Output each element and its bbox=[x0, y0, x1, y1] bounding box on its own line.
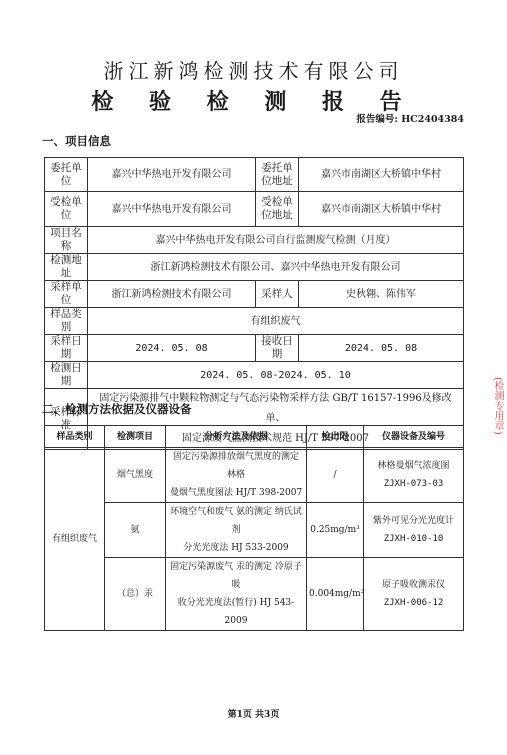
client-address-label: 委托单位地址 bbox=[256, 158, 299, 192]
method-line-1: 固定污染源废气 汞的测定 冷原子吸 bbox=[168, 558, 304, 594]
instrument-name: 紫外可见分光光度计 bbox=[366, 512, 461, 530]
instrument-name: 林格曼烟气浓度图 bbox=[366, 457, 461, 475]
method-line-2: 分光光度法 HJ 533-2009 bbox=[168, 539, 304, 557]
col-header-method: 分析方法及依据 bbox=[166, 426, 307, 448]
sampler-label: 采样人 bbox=[256, 281, 299, 308]
inspected-address-label: 受检单位地址 bbox=[256, 192, 299, 227]
project-name-label: 项目名称 bbox=[45, 227, 88, 254]
col-header-detection-limit: 检出限 bbox=[307, 426, 364, 448]
method-cell: 固定污染源废气 汞的测定 冷原子吸 收分光光度法(暂行) HJ 543-2009 bbox=[166, 558, 307, 631]
test-item: 氨 bbox=[105, 503, 166, 558]
receive-date-value: 2024. 05. 08 bbox=[299, 335, 464, 362]
table-row: 氨 环境空气和废气 氨的测定 纳氏试剂 分光光度法 HJ 533-2009 0.… bbox=[45, 503, 464, 558]
sample-type-label: 样品类别 bbox=[45, 308, 88, 335]
test-date-value: 2024. 05. 08-2024. 05. 10 bbox=[88, 362, 464, 389]
instrument-cell: 林格曼烟气浓度图 ZJXH-073-03 bbox=[364, 448, 464, 503]
section-methods-heading: 二、检测方法依据及仪器设备 bbox=[42, 401, 192, 417]
test-item: 烟气黑度 bbox=[105, 448, 166, 503]
method-line-2: 收分光光度法(暂行) HJ 543-2009 bbox=[168, 594, 304, 630]
sample-type-cell: 有组织废气 bbox=[45, 448, 105, 631]
table-row: （总）汞 固定污染源废气 汞的测定 冷原子吸 收分光光度法(暂行) HJ 543… bbox=[45, 558, 464, 631]
instrument-id: ZJXH-073-03 bbox=[366, 475, 461, 493]
instrument-cell: 紫外可见分光光度计 ZJXH-010-10 bbox=[364, 503, 464, 558]
detection-limit: 0.25mg/m³ bbox=[307, 503, 364, 558]
instrument-name: 原子吸收测汞仪 bbox=[366, 576, 461, 594]
detection-limit: 0.004mg/m³ bbox=[307, 558, 364, 631]
inspected-address-value: 嘉兴市南湖区大桥镇中华村 bbox=[299, 192, 464, 227]
page-number: 第1页 共3页 bbox=[0, 707, 507, 720]
client-address-value: 嘉兴市南湖区大桥镇中华村 bbox=[299, 158, 464, 192]
inspected-value: 嘉兴中华热电开发有限公司 bbox=[88, 192, 256, 227]
table-row: 有组织废气 烟气黑度 固定污染源排放烟气黑度的测定 林格 曼烟气黑度图法 HJ/… bbox=[45, 448, 464, 503]
sampler-value: 史秋翱、陈伟军 bbox=[299, 281, 464, 308]
test-item: （总）汞 bbox=[105, 558, 166, 631]
method-cell: 固定污染源排放烟气黑度的测定 林格 曼烟气黑度图法 HJ/T 398-2007 bbox=[166, 448, 307, 503]
receive-date-label: 接收日期 bbox=[256, 335, 299, 362]
methods-equipment-table: 样品类别 检测项目 分析方法及依据 检出限 仪器设备及编号 有组织废气 烟气黑度… bbox=[44, 425, 464, 631]
client-label: 委托单位 bbox=[45, 158, 88, 192]
sampling-date-label: 采样日期 bbox=[45, 335, 88, 362]
col-header-instrument: 仪器设备及编号 bbox=[364, 426, 464, 448]
detection-limit: / bbox=[307, 448, 364, 503]
sample-type-value: 有组织废气 bbox=[88, 308, 464, 335]
sampling-date-value: 2024. 05. 08 bbox=[88, 335, 256, 362]
inspected-label: 受检单位 bbox=[45, 192, 88, 227]
sampling-org-value: 浙江新鸿检测技术有限公司 bbox=[88, 281, 256, 308]
test-date-label: 检测日期 bbox=[45, 362, 88, 389]
section-project-info-heading: 一、项目信息 bbox=[42, 133, 111, 149]
method-line-1: 固定污染源排放烟气黑度的测定 林格 bbox=[168, 448, 304, 484]
client-value: 嘉兴中华热电开发有限公司 bbox=[88, 158, 256, 192]
instrument-id: ZJXH-006-12 bbox=[366, 594, 461, 612]
company-name: 浙江新鸿检测技术有限公司 bbox=[0, 55, 507, 84]
seal-stamp-partial: (检测专用章) bbox=[474, 377, 504, 435]
col-header-sample-type: 样品类别 bbox=[45, 426, 105, 448]
method-line-2: 曼烟气黑度图法 HJ/T 398-2007 bbox=[168, 484, 304, 502]
sampling-org-label: 采样单位 bbox=[45, 281, 88, 308]
test-site-value: 浙江新鸿检测技术有限公司、嘉兴中华热电开发有限公司 bbox=[88, 254, 464, 281]
instrument-id: ZJXH-010-10 bbox=[366, 530, 461, 548]
method-line-1: 环境空气和废气 氨的测定 纳氏试剂 bbox=[168, 503, 304, 539]
col-header-test-item: 检测项目 bbox=[105, 426, 166, 448]
report-number: 报告编号: HC2404384 bbox=[356, 111, 464, 125]
project-name-value: 嘉兴中华热电开发有限公司自行监测废气检测（月度） bbox=[88, 227, 464, 254]
method-cell: 环境空气和废气 氨的测定 纳氏试剂 分光光度法 HJ 533-2009 bbox=[166, 503, 307, 558]
instrument-cell: 原子吸收测汞仪 ZJXH-006-12 bbox=[364, 558, 464, 631]
test-site-label: 检测地址 bbox=[45, 254, 88, 281]
